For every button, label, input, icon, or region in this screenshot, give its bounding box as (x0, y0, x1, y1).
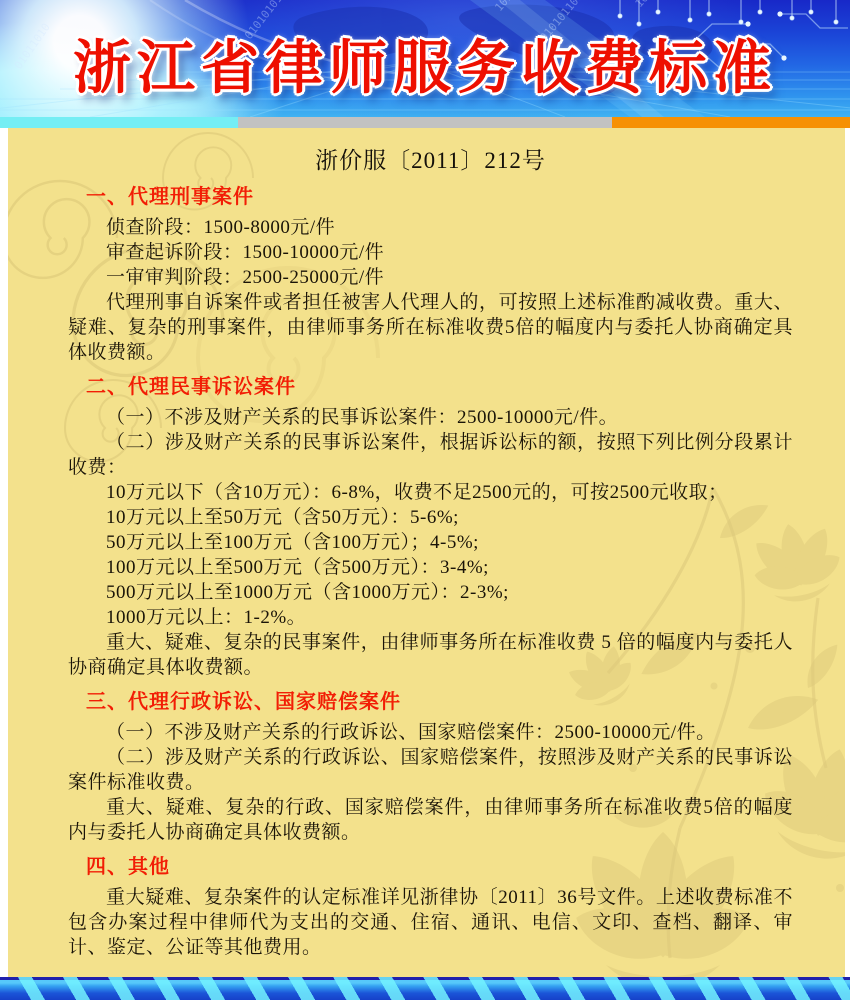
section-criminal-cases: 一、代理刑事案件 侦查阶段：1500-8000元/件 审查起诉阶段：1500-1… (68, 184, 793, 365)
section-administrative-litigation: 三、代理行政诉讼、国家赔偿案件 （一）不涉及财产关系的行政诉讼、国家赔偿案件：2… (68, 689, 793, 845)
section-civil-litigation: 二、代理民事诉讼案件 （一）不涉及财产关系的民事诉讼案件：2500-10000元… (68, 374, 793, 680)
fee-line: 100万元以上至500万元（含500万元）：3-4%; (68, 555, 793, 580)
divider-strip (0, 117, 850, 128)
strip-gray-segment (238, 117, 612, 128)
fee-line: 侦查阶段：1500-8000元/件 (68, 215, 793, 240)
document-content: 浙价服〔2011〕212号 一、代理刑事案件 侦查阶段：1500-8000元/件… (8, 128, 845, 960)
svg-text:101010101: 101010101 (633, 0, 683, 10)
paragraph: （一）不涉及财产关系的行政诉讼、国家赔偿案件：2500-10000元/件。 (68, 720, 793, 745)
section-heading: 四、其他 (86, 854, 793, 880)
fee-line: 10万元以上至50万元（含50万元）：5-6%; (68, 505, 793, 530)
fee-line: 10万元以下（含10万元）：6-8%，收费不足2500元的，可按2500元收取； (68, 480, 793, 505)
paragraph: （二）涉及财产关系的行政诉讼、国家赔偿案件，按照涉及财产关系的民事诉讼案件标准收… (68, 745, 793, 795)
fee-line: 1000万元以上：1-2%。 (68, 605, 793, 630)
svg-text:01011010: 01011010 (12, 21, 53, 72)
paragraph: 重大、疑难、复杂的民事案件，由律师事务所在标准收费 5 倍的幅度内与委托人协商确… (68, 630, 793, 680)
paragraph: （一）不涉及财产关系的民事诉讼案件：2500-10000元/件。 (68, 405, 793, 430)
poster-title: 浙江省律师服务收费标准 (73, 20, 777, 104)
paragraph: 代理刑事自诉案件或者担任被害人代理人的，可按照上述标准酌减收费。重大、疑难、复杂… (68, 290, 793, 365)
fee-line: 50万元以上至100万元（含100万元）；4-5%; (68, 530, 793, 555)
bottom-stripe-bar (0, 977, 850, 1000)
fee-line: 一审审判阶段：2500-25000元/件 (68, 265, 793, 290)
section-heading: 一、代理刑事案件 (86, 184, 793, 210)
document-number: 浙价服〔2011〕212号 (68, 142, 793, 175)
paragraph: （二）涉及财产关系的民事诉讼案件，根据诉讼标的额，按照下列比例分段累计收费： (68, 430, 793, 480)
document-body: 浙价服〔2011〕212号 一、代理刑事案件 侦查阶段：1500-8000元/件… (8, 128, 845, 977)
section-heading: 三、代理行政诉讼、国家赔偿案件 (86, 689, 793, 715)
fee-line: 审查起诉阶段：1500-10000元/件 (68, 240, 793, 265)
section-heading: 二、代理民事诉讼案件 (86, 374, 793, 400)
fee-line: 500万元以上至1000万元（含1000万元）：2-3%; (68, 580, 793, 605)
strip-orange-segment (612, 117, 850, 128)
poster-page: 10101011010101 010101101010 0101010101 1… (0, 0, 850, 1000)
paragraph: 重大、疑难、复杂的行政、国家赔偿案件，由律师事务所在标准收费5倍的幅度内与委托人… (68, 795, 793, 845)
paragraph: 重大疑难、复杂案件的认定标准详见浙律协〔2011〕36号文件。上述收费标准不包含… (68, 885, 793, 960)
strip-cyan-segment (0, 117, 238, 128)
section-others: 四、其他 重大疑难、复杂案件的认定标准详见浙律协〔2011〕36号文件。上述收费… (68, 854, 793, 960)
banner: 10101011010101 010101101010 0101010101 1… (0, 0, 850, 117)
